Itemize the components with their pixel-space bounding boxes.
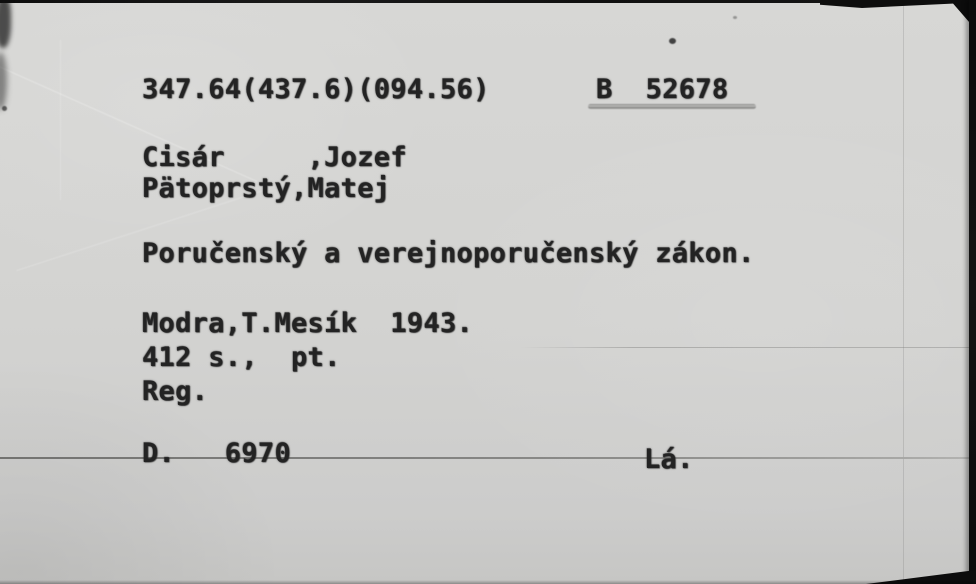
- accession-number: D. 6970: [142, 438, 291, 469]
- collation-line: 412 s., pt.: [142, 342, 341, 373]
- author-line-2: Pätoprstý,Matej: [142, 173, 390, 204]
- cataloguer-initials: Lá.: [644, 444, 694, 475]
- scan-edge-blob-top-left: [0, 0, 11, 48]
- scan-edge-bottom: [0, 580, 976, 584]
- shelfmark: B 52678: [596, 74, 728, 105]
- catalog-card-scan: 347.64(437.6)(094.56) B 52678 Cisár ,Joz…: [0, 0, 976, 584]
- imprint-line: Modra,T.Mesík 1943.: [142, 308, 473, 339]
- ink-speck: [669, 38, 676, 44]
- scan-edge-right: [969, 0, 976, 584]
- classification-number: 347.64(437.6)(094.56): [142, 74, 490, 105]
- paper-crease-horizontal: [520, 347, 976, 348]
- scan-edge-smudge-left: [0, 52, 7, 110]
- register-note: Reg.: [142, 376, 208, 407]
- title-line: Poručenský a verejnoporučenský zákon.: [142, 238, 755, 269]
- shelfmark-underline: [588, 104, 756, 109]
- paper-crease-vertical: [903, 0, 904, 584]
- author-line-1: Cisár ,Jozef: [142, 142, 407, 173]
- ink-speck: [733, 16, 737, 19]
- paper-crease: [60, 40, 61, 200]
- scan-edge-top-thick: [820, 0, 960, 8]
